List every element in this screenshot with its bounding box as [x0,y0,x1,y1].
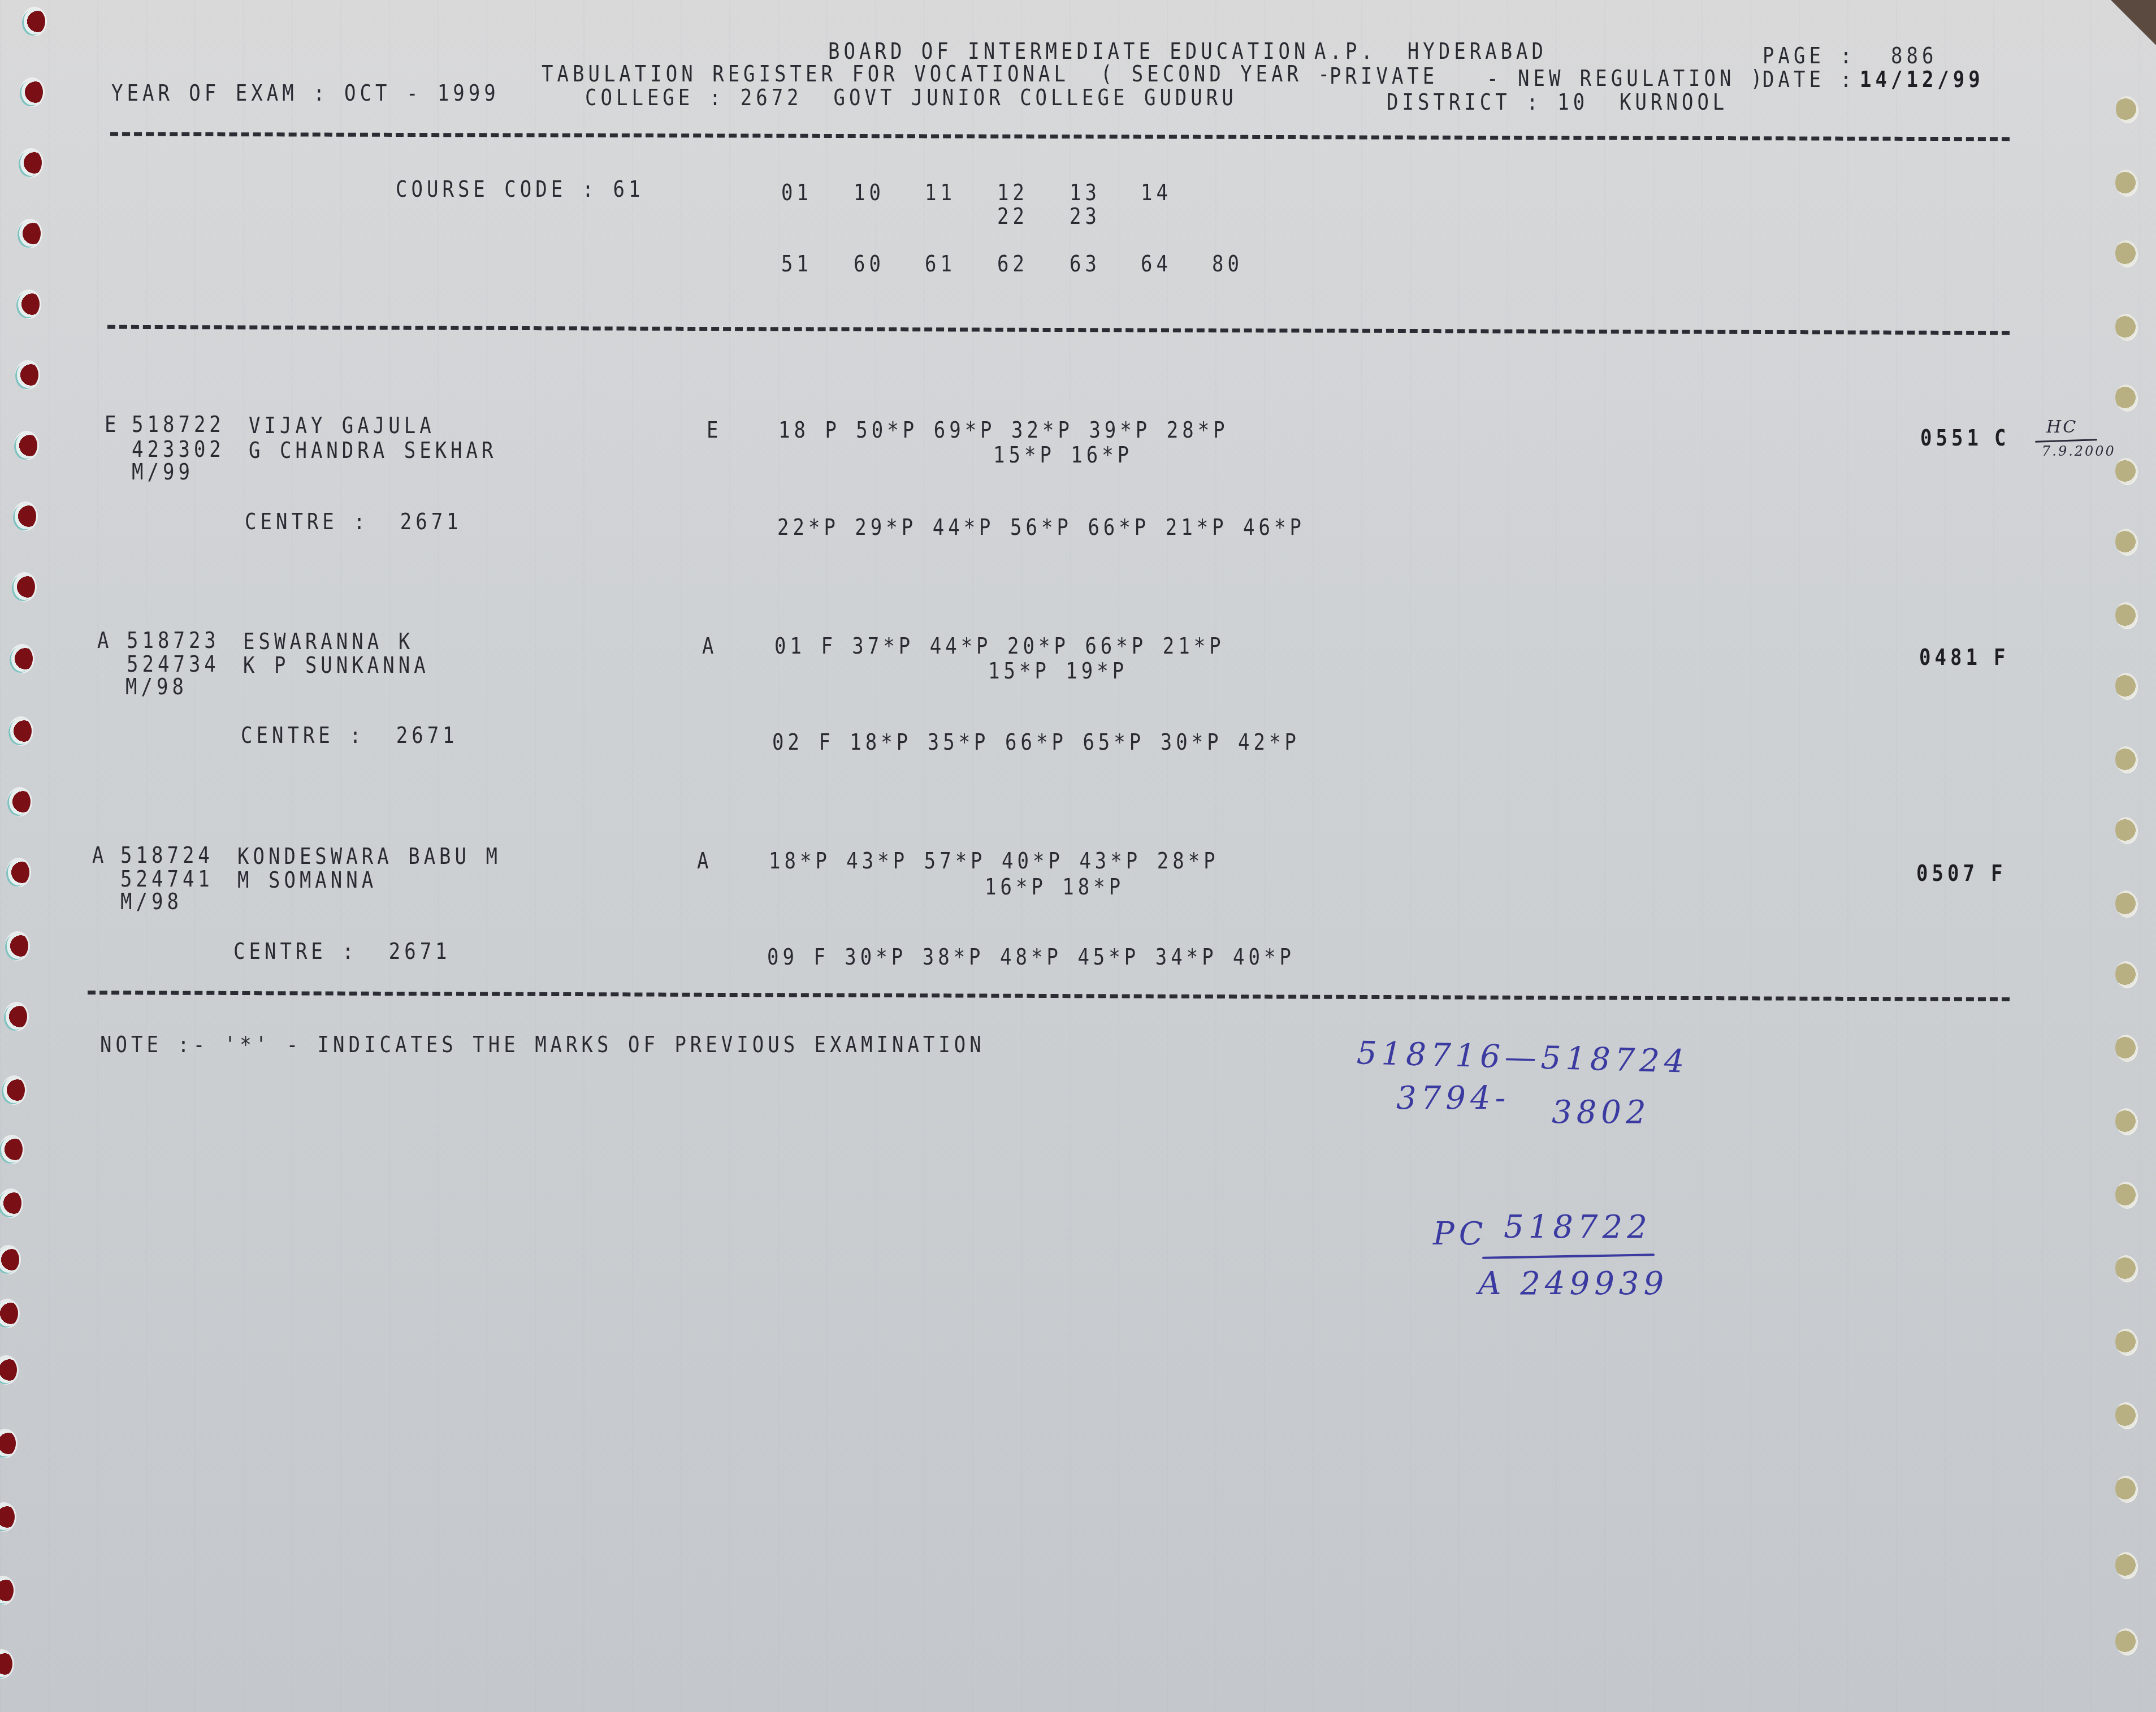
student-name: VIJAY GAJULA [249,413,435,439]
subject-code: 01 [781,180,812,206]
feed-hole-icon [2115,746,2137,772]
feed-hole-icon [21,79,43,105]
regulation: - NEW REGULATION ) [1487,66,1766,92]
annotation-underline [2035,439,2097,443]
feed-hole-icon [0,1577,14,1603]
subject-code: 51 [781,251,812,277]
separator-line [110,132,2010,141]
course-code-label: COURSE CODE : 61 [396,176,644,202]
handwritten-divider [1482,1253,1655,1259]
medium-code: A [97,628,112,654]
subject-code: 60 [854,251,885,277]
handwritten-pc-number: 518722 [1504,1209,1652,1246]
medium-column: A [702,633,717,659]
feed-hole-icon [2115,314,2137,340]
subject-code: 14 [1141,180,1172,206]
feed-hole-icon [2115,1628,2137,1654]
feed-hole-icon [0,1190,21,1216]
total-marks: 0481 [1919,645,1981,671]
feed-hole-icon [2115,458,2137,484]
subject-code: 62 [997,251,1028,277]
father-name: K P SUNKANNA [243,652,430,678]
session: M/98 [125,674,188,700]
feed-hole-icon [19,221,41,247]
centre-code: CENTRE : 2671 [241,723,458,749]
handwritten-pc-below: A 249939 [1478,1265,1668,1302]
feed-hole-icon [2115,529,2137,555]
subject-code: 10 [854,180,885,206]
feed-hole-icon [2115,602,2137,628]
medium-column: A [697,848,712,874]
feed-hole-icon [2115,1552,2137,1578]
year-of-exam: YEAR OF EXAM : OCT - 1999 [111,80,500,106]
student-name: ESWARANNA K [243,629,414,655]
feed-hole-icon [2115,1402,2137,1428]
marks-row-2: 22*P 29*P 44*P 56*P 66*P 21*P 46*P [777,515,1305,541]
page-label: PAGE : [1763,43,1856,69]
subject-code: 61 [925,251,956,277]
district-info: DISTRICT : 10 KURNOOL [1387,89,1728,115]
feed-hole-icon [0,1430,16,1456]
subject-code: 63 [1070,251,1101,277]
feed-hole-icon [0,1300,18,1326]
subject-code: 22 [997,204,1028,230]
footnote: NOTE :- '*' - INDICATES THE MARKS OF PRE… [100,1032,985,1058]
feed-hole-icon [7,933,28,959]
marks-row-1: 01 F 37*P 44*P 20*P 66*P 21*P [774,633,1225,659]
feed-hole-icon [18,291,40,317]
feed-hole-icon [2115,961,2137,987]
feed-hole-icon [2115,673,2137,699]
feed-hole-icon [2115,240,2137,266]
college-info: COLLEGE : 2672 GOVT JUNIOR COLLEGE GUDUR… [585,85,1237,111]
print-date: 14/12/99 [1860,67,1984,93]
feed-hole-icon [2115,1255,2137,1281]
father-name: M SOMANNA [237,867,377,893]
medium-code: A [92,842,107,868]
handwritten-range: 518716—518724 [1356,1035,1689,1080]
hall-ticket-number: 518723 [127,628,220,654]
hall-ticket-number: 518722 [132,412,225,438]
handwritten-initials: HC [2046,417,2077,437]
feed-hole-icon [2115,384,2137,410]
feed-hole-icon [9,789,31,815]
subject-code: 23 [1070,204,1101,230]
marks-row-1b: 15*P 16*P [993,442,1133,468]
subject-code: 64 [1141,251,1172,277]
separator-line [107,325,2010,335]
feed-hole-icon [2116,96,2137,122]
feed-hole-icon [0,1504,15,1530]
feed-hole-icon [2115,170,2137,196]
feed-hole-icon [20,150,42,176]
subject-code: 11 [925,180,956,206]
feed-hole-icon [15,503,36,529]
feed-hole-icon [10,718,32,744]
hall-ticket-number: 518724 [120,842,214,868]
feed-hole-icon [0,1357,17,1383]
feed-hole-icon [3,1077,25,1103]
marks-row-2: 09 F 30*P 38*P 48*P 45*P 34*P 40*P [767,944,1295,970]
page-number: 886 [1891,43,1937,69]
feed-hole-icon [0,1651,12,1677]
result-code: F [1994,645,2009,671]
feed-hole-icon [0,1247,19,1273]
exam-category: PRIVATE [1330,63,1438,89]
father-name: G CHANDRA SEKHAR [249,438,497,464]
marks-row-2: 02 F 18*P 35*P 66*P 65*P 30*P 42*P [772,729,1300,755]
feed-hole-icon [24,8,45,34]
result-code: F [1991,861,2006,887]
marks-row-1b: 15*P 19*P [988,658,1128,684]
session: M/98 [120,889,183,915]
feed-hole-icon [8,859,29,885]
feed-hole-icon [6,1004,27,1030]
handwritten-range-end: 3802 [1552,1094,1651,1131]
separator-line [88,991,2010,1001]
board-location: A.P. HYDERABAD [1314,38,1547,64]
feed-hole-icon [2115,890,2137,916]
feed-hole-icon [2115,1108,2137,1134]
centre-code: CENTRE : 2671 [245,509,462,535]
tabulation-register-sheet: BOARD OF INTERMEDIATE EDUCATION A.P. HYD… [0,0,2156,1712]
handwritten-pc-label: PC [1433,1216,1488,1252]
feed-hole-icon [14,574,35,600]
subject-code: 13 [1070,180,1101,206]
handwritten-date: 7.9.2000 [2042,443,2116,459]
feed-hole-icon [11,646,33,672]
medium-column: E [707,417,722,443]
feed-hole-icon [1,1136,23,1162]
subject-code: 80 [1212,251,1243,277]
centre-code: CENTRE : 2671 [233,939,451,965]
feed-hole-icon [2115,1035,2137,1061]
date-label: DATE : [1763,67,1856,93]
total-marks: 0551 [1920,425,1982,451]
session: M/99 [132,459,194,485]
marks-row-1b: 16*P 18*P [985,874,1124,900]
marks-row-1: 18*P 43*P 57*P 40*P 43*P 28*P [769,848,1219,874]
feed-hole-icon [16,433,37,459]
feed-hole-icon [17,362,38,388]
register-title: TABULATION REGISTER FOR VOCATIONAL ( SEC… [542,61,1334,87]
student-name: KONDESWARA BABU M [237,844,501,870]
feed-hole-icon [2115,1182,2137,1208]
marks-row-1: 18 P 50*P 69*P 32*P 39*P 28*P [778,417,1229,443]
subject-code: 12 [997,180,1028,206]
feed-hole-icon [2115,1329,2137,1355]
feed-hole-icon [2115,1476,2137,1502]
total-marks: 0507 [1916,861,1979,887]
feed-hole-icon [2115,817,2137,843]
result-code: C [1994,425,2010,451]
handwritten-range-start: 3794- [1396,1080,1510,1117]
page-corner [2111,0,2156,45]
medium-code: E [105,412,120,438]
